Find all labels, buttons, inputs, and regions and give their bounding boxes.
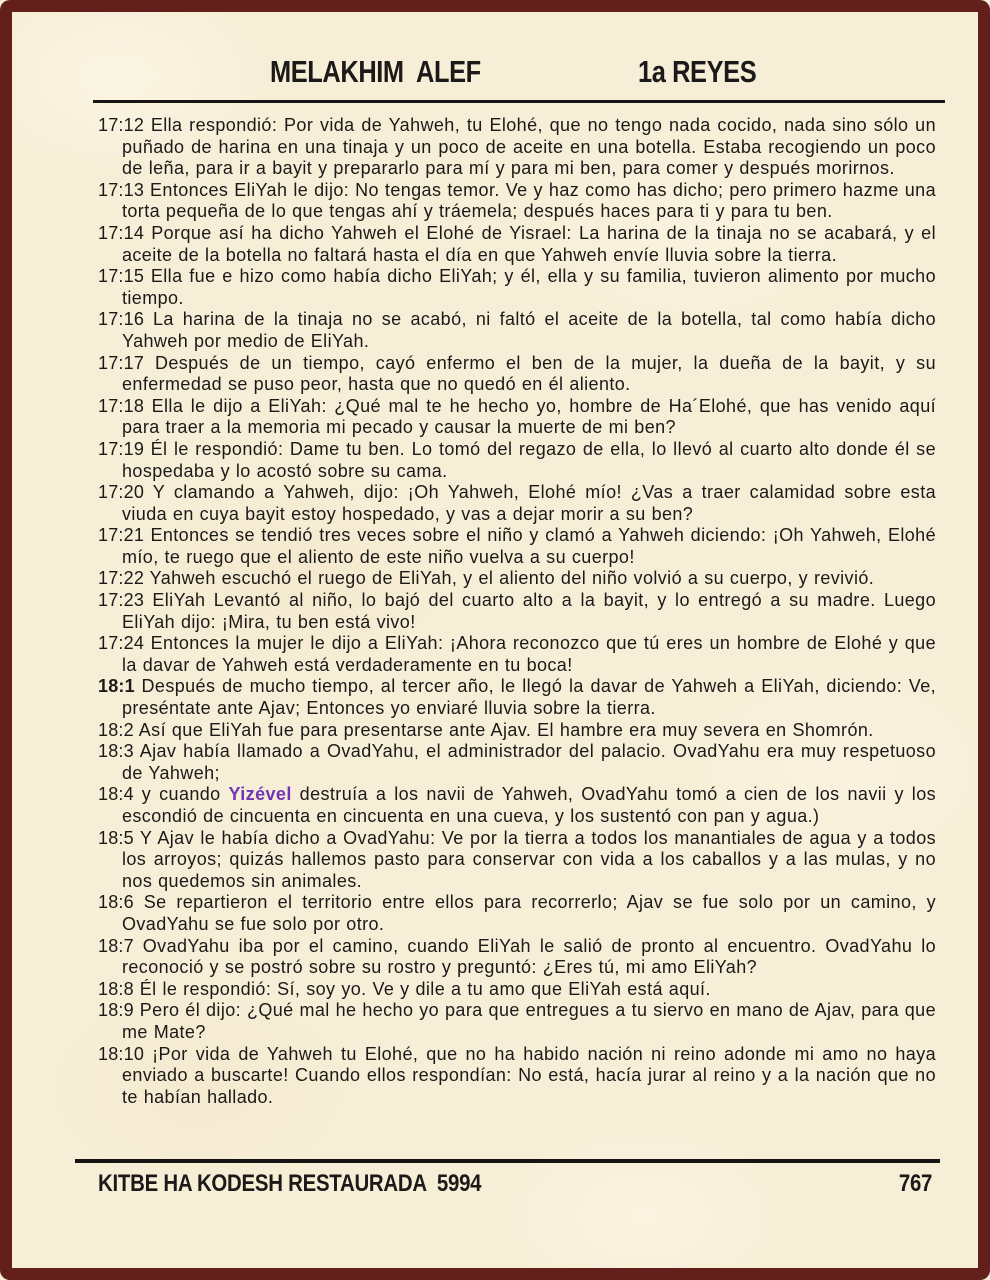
verse: 17:12 Ella respondió: Por vida de Yahweh… [98,115,936,180]
verse: 17:24 Entonces la mujer le dijo a EliYah… [98,633,936,676]
verse: 17:20 Y clamando a Yahweh, dijo: ¡Oh Yah… [98,482,936,525]
verse-number: 17:21 [98,525,144,545]
verse: 17:21 Entonces se tendió tres veces sobr… [98,525,936,568]
document-page: MELAKHIM ALEF 1a REYES 17:12 Ella respon… [0,0,990,1280]
verse: 17:14 Porque así ha dicho Yahweh el Eloh… [98,223,936,266]
page-title-book-hebrew: MELAKHIM ALEF [270,54,481,90]
verse-number: 17:19 [98,439,144,459]
footer-rule [75,1159,940,1163]
verse: 17:15 Ella fue e hizo como había dicho E… [98,266,936,309]
verse-number: 18:2 [98,720,134,740]
verse-number: 17:16 [98,309,144,329]
verse-number: 18:5 [98,828,134,848]
verse: 18:5 Y Ajav le había dicho a OvadYahu: V… [98,828,936,893]
header-rule [93,100,945,103]
verse-number: 17:22 [98,568,144,588]
verse: 17:23 EliYah Levantó al niño, lo bajó de… [98,590,936,633]
verse-number: 17:24 [98,633,144,653]
verse-number: 18:1 [98,676,135,696]
page-number: 767 [899,1170,932,1198]
verse: 18:4 y cuando Yizével destruía a los nav… [98,784,936,827]
highlighted-name: Yizével [229,784,292,804]
verse: 17:22 Yahweh escuchó el ruego de EliYah,… [98,568,936,590]
verse: 18:10 ¡Por vida de Yahweh tu Elohé, que … [98,1044,936,1109]
verse-number: 17:17 [98,353,144,373]
verse: 18:9 Pero él dijo: ¿Qué mal he hecho yo … [98,1000,936,1043]
verse-number: 18:3 [98,741,134,761]
verse-number: 18:7 [98,936,134,956]
verse-number: 18:6 [98,892,134,912]
verse-number: 17:14 [98,223,144,243]
verse: 17:18 Ella le dijo a EliYah: ¿Qué mal te… [98,396,936,439]
verse-number: 18:9 [98,1000,134,1020]
scripture-text-block: 17:12 Ella respondió: Por vida de Yahweh… [98,115,936,1108]
verse: 17:19 Él le respondió: Dame tu ben. Lo t… [98,439,936,482]
page-title-book-spanish: 1a REYES [638,54,756,90]
footer-publication-title: KITBE HA KODESH RESTAURADA 5994 [98,1170,481,1198]
verse-number: 17:12 [98,115,144,135]
verse-number: 17:13 [98,180,144,200]
verse-number: 18:8 [98,979,134,999]
verse: 18:2 Así que EliYah fue para presentarse… [98,720,936,742]
verse-number: 17:18 [98,396,144,416]
verse-number: 18:4 [98,784,134,804]
verse-number: 17:23 [98,590,144,610]
verse: 17:16 La harina de la tinaja no se acabó… [98,309,936,352]
verse: 18:3 Ajav había llamado a OvadYahu, el a… [98,741,936,784]
verse: 17:17 Después de un tiempo, cayó enfermo… [98,353,936,396]
verse-number: 18:10 [98,1044,144,1064]
verse-number: 17:20 [98,482,144,502]
verse: 18:8 Él le respondió: Sí, soy yo. Ve y d… [98,979,936,1001]
verse: 18:1 Después de mucho tiempo, al tercer … [98,676,936,719]
verse: 18:7 OvadYahu iba por el camino, cuando … [98,936,936,979]
verse-number: 17:15 [98,266,144,286]
verse: 17:13 Entonces EliYah le dijo: No tengas… [98,180,936,223]
verse: 18:6 Se repartieron el territorio entre … [98,892,936,935]
